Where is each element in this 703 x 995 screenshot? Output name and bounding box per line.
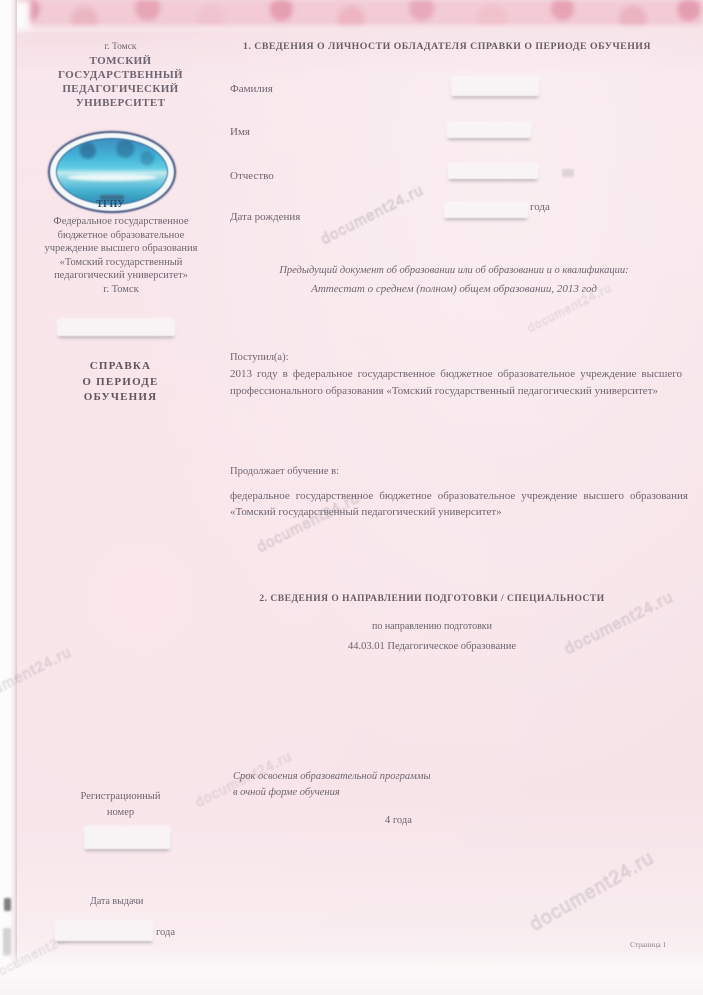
redacted-certificate-number — [57, 319, 175, 336]
duration-label-line2: в очной форме обучения — [233, 786, 340, 799]
direction-intro: по направлению подготовки — [222, 621, 642, 634]
stray-mark — [562, 169, 574, 177]
birthdate-suffix: года — [530, 201, 550, 215]
city-label: г. Томск — [28, 42, 213, 54]
university-name-line: ТОМСКИЙ — [28, 54, 213, 68]
watermark: document24.ru — [318, 182, 426, 248]
previous-document-value: Аттестат о среднем (полном) общем образо… — [226, 283, 682, 297]
founder-line: г. Томск — [24, 283, 218, 297]
redacted-surname — [451, 77, 539, 96]
field-label-surname: Фамилия — [230, 83, 273, 97]
reg-number-label: Регистрационный — [28, 789, 213, 805]
university-name-line: УНИВЕРСИТЕТ — [28, 96, 213, 110]
doc-title-line: СПРАВКА — [28, 359, 213, 375]
doc-title-line: ОБУЧЕНИЯ — [28, 390, 213, 406]
redacted-firstname — [447, 123, 531, 138]
university-name-line: ПЕДАГОГИЧЕСКИЙ — [28, 82, 213, 96]
emblem-ribbon — [67, 174, 156, 181]
issue-date-label: Дата выдачи — [90, 896, 143, 909]
founder-line: бюджетное образовательное — [24, 229, 218, 243]
previous-document-label: Предыдущий документ об образовании или о… — [226, 264, 682, 277]
scan-bottom-edge — [0, 950, 703, 995]
continues-label: Продолжает обучение в: — [230, 465, 339, 478]
continues-text: федеральное государственное бюджетное об… — [230, 488, 688, 520]
admission-text: 2013 году в федеральное государственное … — [230, 366, 682, 399]
duration-label-line1: Срок освоения образовательной программы — [233, 770, 431, 783]
section1-title: 1. СВЕДЕНИЯ О ЛИЧНОСТИ ОБЛАДАТЕЛЯ СПРАВК… — [223, 41, 671, 53]
direction-value: 44.03.01 Педагогическое образование — [222, 640, 642, 653]
redacted-issue-date — [55, 921, 153, 941]
border-band-fade — [0, 22, 703, 32]
admission-label: Поступил(а): — [230, 351, 289, 364]
field-label-birthdate: Дата рождения — [230, 211, 300, 225]
founder-line: учреждение высшего образования — [24, 242, 218, 256]
duration-value: 4 года — [385, 814, 412, 827]
watermark: document24.ru — [527, 848, 659, 937]
redacted-patronymic — [448, 164, 538, 179]
redacted-reg-number — [84, 827, 170, 849]
issue-date-suffix: года — [156, 926, 175, 939]
field-label-patronymic: Отчество — [230, 170, 274, 184]
page-number-label: Страница 1 — [630, 940, 666, 949]
section2-title: 2. СВЕДЕНИЯ О НАПРАВЛЕНИИ ПОДГОТОВКИ / С… — [222, 594, 642, 606]
founder-line: «Томский государственный — [24, 256, 218, 270]
reg-number-label: номер — [28, 805, 213, 821]
redacted-birthdate — [444, 203, 528, 218]
university-name-line: ГОСУДАРСТВЕННЫЙ — [28, 68, 213, 82]
founder-line: педагогический университет» — [24, 269, 218, 283]
field-label-firstname: Имя — [230, 126, 250, 140]
emblem-caption: ТГПУ — [28, 199, 193, 212]
binding-mark — [4, 898, 11, 911]
founder-line: Федеральное государственное — [24, 215, 218, 229]
scan-left-margin — [0, 0, 17, 995]
doc-title-line: О ПЕРИОДЕ — [28, 375, 213, 391]
scanned-certificate-page: document24.ru document24.ru document24.r… — [0, 0, 703, 995]
